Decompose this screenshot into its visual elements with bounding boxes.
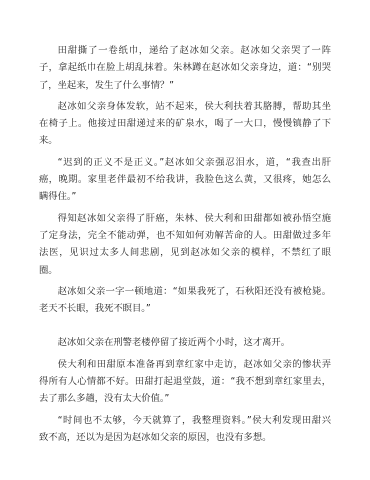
paragraph: 赵冰如父亲身体发软，站不起来，侯大利扶着其胳膊，帮助其坐 在椅子上。他接过田甜递… [39,98,331,150]
text-line: “时间也不太够，今天就算了，我整理资料。”侯大利发现田甜兴 [39,412,331,429]
text-line: 在椅子上。他接过田甜递过来的矿泉水，喝了一大口，慢慢镇静了下 [39,115,331,132]
text-line: 了定身法，完全不能动弹，也不知如何劝解苦命的人。田甜做过多年 [39,227,331,244]
paragraph: “迟到的正义不是正义。”赵冰如父亲强忍泪水，道，“我查出肝 癌，晚期。家里老伴最… [39,154,331,206]
text-line: 赵冰如父亲一字一顿地道：“如果我死了，石秋阳还没有被枪毙。 [39,283,331,300]
text-line: 瞒得住。” [39,188,331,205]
text-block: 田甜撕了一卷纸巾，递给了赵冰如父亲。赵冰如父亲哭了一阵 子，拿起纸巾在脸上胡乱抹… [39,42,331,450]
text-line: 癌，晚期。家里老伴最初不给我讲，我脸色这么黄，又很疼，她怎么 [39,171,331,188]
text-line: 侯大利和田甜原本准备再到章红家中走访，赵冰如父亲的惨状弄 [39,356,331,373]
text-line: “迟到的正义不是正义。”赵冰如父亲强忍泪水，道，“我查出肝 [39,154,331,171]
text-line: 老天不长眼，我死不瞑目。” [39,300,331,317]
text-line: 了，坐起来，发生了什么事情？” [39,77,331,94]
text-line: 田甜撕了一卷纸巾，递给了赵冰如父亲。赵冰如父亲哭了一阵 [39,42,331,59]
scene-break [39,321,331,334]
text-line: 子，拿起纸巾在脸上胡乱抹着。朱林蹲在赵冰如父亲身边，道：“别哭 [39,59,331,76]
text-line: 圈。 [39,262,331,279]
paragraph: 田甜撕了一卷纸巾，递给了赵冰如父亲。赵冰如父亲哭了一阵 子，拿起纸巾在脸上胡乱抹… [39,42,331,94]
text-line: 法医，见识过太多人间悲剧，见到赵冰如父亲的模样，不禁红了眼 [39,244,331,261]
paragraph: “时间也不太够，今天就算了，我整理资料。”侯大利发现田甜兴 致不高，还以为是因为… [39,412,331,447]
text-line: 得知赵冰如父亲得了肝癌，朱林、侯大利和田甜都如被孙悟空施 [39,210,331,227]
paragraph: 侯大利和田甜原本准备再到章红家中走访，赵冰如父亲的惨状弄 得所有人心情都不好。田… [39,356,331,408]
paragraph: 得知赵冰如父亲得了肝癌，朱林、侯大利和田甜都如被孙悟空施 了定身法，完全不能动弹… [39,210,331,279]
text-line: 赵冰如父亲身体发软，站不起来，侯大利扶着其胳膊，帮助其坐 [39,98,331,115]
paragraph: 赵冰如父亲在刑警老楼停留了接近两个小时，这才离开。 [39,334,331,351]
book-page: 田甜撕了一卷纸巾，递给了赵冰如父亲。赵冰如父亲哭了一阵 子，拿起纸巾在脸上胡乱抹… [0,0,370,480]
paragraph: 赵冰如父亲一字一顿地道：“如果我死了，石秋阳还没有被枪毙。 老天不长眼，我死不瞑… [39,283,331,318]
text-line: 致不高，还以为是因为赵冰如父亲的原因，也没有多想。 [39,429,331,446]
text-line: 赵冰如父亲在刑警老楼停留了接近两个小时，这才离开。 [39,334,331,351]
text-line: 来。 [39,132,331,149]
text-line: 得所有人心情都不好。田甜打起退堂鼓，道：“我不想到章红家里去， [39,373,331,390]
text-line: 去了那么多趟，没有太大价值。” [39,390,331,407]
